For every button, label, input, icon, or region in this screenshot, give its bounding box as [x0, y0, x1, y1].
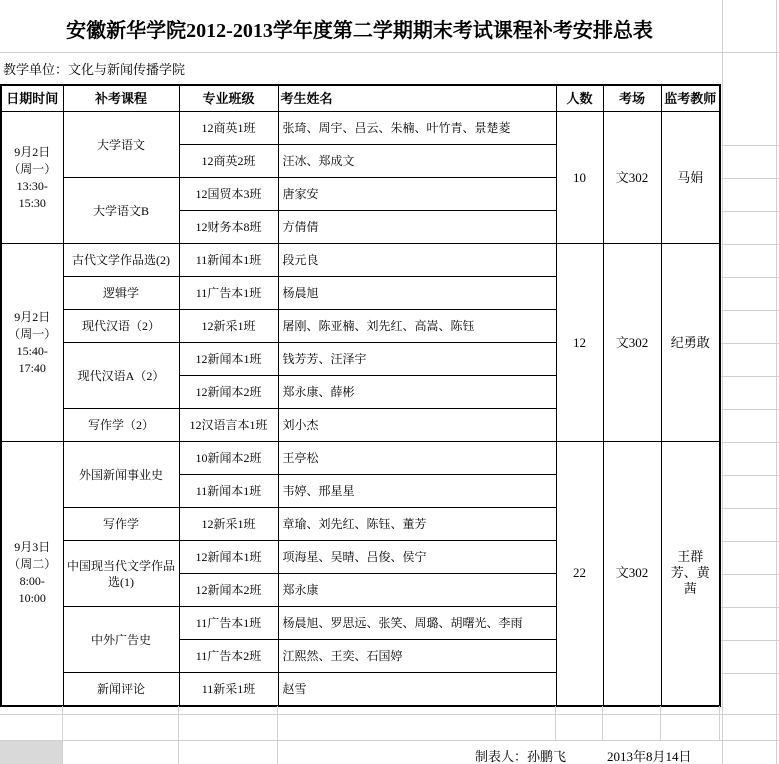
header-makeup-course[interactable]: 补考课程	[63, 85, 179, 112]
gridline-horizontal	[721, 574, 779, 575]
count-cell[interactable]: 10	[556, 112, 603, 244]
table-row: 9月2日 （周一） 13:30- 15:30大学语文12商英1班张琦、周宇、吕云…	[1, 112, 720, 145]
students-cell[interactable]: 郑永康	[278, 574, 556, 607]
class-cell[interactable]: 10新闻本2班	[179, 442, 278, 475]
header-exam-room[interactable]: 考场	[603, 85, 661, 112]
students-cell[interactable]: 张琦、周宇、吕云、朱楠、叶竹青、景楚菱	[278, 112, 556, 145]
class-cell[interactable]: 12新闻本1班	[179, 343, 278, 376]
students-cell[interactable]: 韦婷、邢星星	[278, 475, 556, 508]
header-date-time[interactable]: 日期时间	[1, 85, 63, 112]
students-cell[interactable]: 刘小杰	[278, 409, 556, 442]
prepared-date: 2013年8月14日	[607, 746, 692, 764]
teaching-unit-label: 教学单位：文化与新闻传播学院	[3, 59, 185, 78]
students-cell[interactable]: 方倩倩	[278, 211, 556, 244]
exam-schedule-table: 日期时间 补考课程 专业班级 考生姓名 人数 考场 监考教师 9月2日 （周一）…	[0, 84, 721, 707]
gridline-horizontal	[721, 508, 779, 509]
header-row: 日期时间 补考课程 专业班级 考生姓名 人数 考场 监考教师	[1, 85, 720, 112]
class-cell[interactable]: 12汉语言本1班	[179, 409, 278, 442]
gridline-vertical	[555, 706, 556, 740]
gridline-horizontal	[721, 277, 779, 278]
class-cell[interactable]: 11新采1班	[179, 673, 278, 706]
room-cell[interactable]: 文302	[603, 442, 661, 706]
course-cell[interactable]: 中国现当代文学作品选(1)	[63, 541, 179, 607]
course-cell[interactable]: 外国新闻事业史	[63, 442, 179, 508]
gridline-horizontal	[721, 376, 779, 377]
invigilator-cell[interactable]: 马娟	[661, 112, 720, 244]
class-cell[interactable]: 11新闻本1班	[179, 244, 278, 277]
class-cell[interactable]: 11广告本2班	[179, 640, 278, 673]
course-cell[interactable]: 新闻评论	[63, 673, 179, 706]
students-cell[interactable]: 段元良	[278, 244, 556, 277]
gridline-horizontal	[0, 740, 779, 741]
course-cell[interactable]: 写作学（2）	[63, 409, 179, 442]
gridline-horizontal	[721, 673, 779, 674]
students-cell[interactable]: 屠刚、陈亚楠、刘先红、高嵩、陈钰	[278, 310, 556, 343]
gridline-horizontal	[721, 442, 779, 443]
gridline-vertical	[776, 0, 777, 764]
students-cell[interactable]: 王亭松	[278, 442, 556, 475]
date-cell[interactable]: 9月2日 （周一） 15:40- 17:40	[1, 244, 63, 442]
gridline-horizontal	[721, 343, 779, 344]
class-cell[interactable]: 12新闻本1班	[179, 541, 278, 574]
students-cell[interactable]: 项海星、吴晴、吕俊、侯宁	[278, 541, 556, 574]
gridline-vertical	[722, 0, 723, 764]
class-cell[interactable]: 12商英1班	[179, 112, 278, 145]
preparer-label: 制表人：孙鹏飞	[475, 746, 566, 764]
gridline-vertical	[62, 706, 63, 740]
course-cell[interactable]: 大学语文	[63, 112, 179, 178]
invigilator-cell[interactable]: 王群芳、黄茜	[661, 442, 720, 706]
class-cell[interactable]: 12财务本8班	[179, 211, 278, 244]
room-cell[interactable]: 文302	[603, 112, 661, 244]
students-cell[interactable]: 汪冰、郑成文	[278, 145, 556, 178]
gridline-vertical	[277, 740, 278, 764]
gridline-horizontal	[721, 310, 779, 311]
students-cell[interactable]: 唐家安	[278, 178, 556, 211]
gridline-vertical	[719, 706, 720, 740]
class-cell[interactable]: 12新采1班	[179, 508, 278, 541]
class-cell[interactable]: 12新闻本2班	[179, 376, 278, 409]
gridline-horizontal	[721, 145, 779, 146]
course-cell[interactable]: 中外广告史	[63, 607, 179, 673]
students-cell[interactable]: 钱芳芳、汪泽宇	[278, 343, 556, 376]
course-cell[interactable]: 写作学	[63, 508, 179, 541]
class-cell[interactable]: 11广告本1班	[179, 607, 278, 640]
gridline-horizontal	[721, 178, 779, 179]
page-title: 安徽新华学院2012-2013学年度第二学期期末考试课程补考安排总表	[0, 14, 719, 43]
gridline-vertical	[178, 706, 179, 740]
students-cell[interactable]: 郑永康、薛彬	[278, 376, 556, 409]
class-cell[interactable]: 12国贸本3班	[179, 178, 278, 211]
header-count[interactable]: 人数	[556, 85, 603, 112]
gridline-horizontal	[721, 244, 779, 245]
students-cell[interactable]: 赵雪	[278, 673, 556, 706]
gridline-vertical	[660, 706, 661, 740]
course-cell[interactable]: 大学语文B	[63, 178, 179, 244]
course-cell[interactable]: 现代汉语A（2）	[63, 343, 179, 409]
gridline-vertical	[602, 706, 603, 740]
gray-corner-cell	[0, 740, 62, 764]
gridline-horizontal	[721, 607, 779, 608]
header-student-names[interactable]: 考生姓名	[278, 85, 556, 112]
gridline-horizontal	[721, 640, 779, 641]
gridline-horizontal	[721, 541, 779, 542]
room-cell[interactable]: 文302	[603, 244, 661, 442]
class-cell[interactable]: 12新采1班	[179, 310, 278, 343]
header-major-class[interactable]: 专业班级	[179, 85, 278, 112]
header-invigilator[interactable]: 监考教师	[661, 85, 720, 112]
gridline-horizontal	[721, 409, 779, 410]
invigilator-cell[interactable]: 纪勇敢	[661, 244, 720, 442]
table-body: 9月2日 （周一） 13:30- 15:30大学语文12商英1班张琦、周宇、吕云…	[1, 112, 720, 706]
table-row: 9月3日 （周二） 8:00- 10:00外国新闻事业史10新闻本2班王亭松22…	[1, 442, 720, 475]
class-cell[interactable]: 12新闻本2班	[179, 574, 278, 607]
gridline-vertical	[178, 740, 179, 764]
date-cell[interactable]: 9月3日 （周二） 8:00- 10:00	[1, 442, 63, 706]
course-cell[interactable]: 逻辑学	[63, 277, 179, 310]
gridline-horizontal	[0, 714, 779, 715]
gridline-horizontal	[0, 52, 779, 53]
count-cell[interactable]: 22	[556, 442, 603, 706]
gridline-vertical	[62, 740, 63, 764]
class-cell[interactable]: 11广告本1班	[179, 277, 278, 310]
students-cell[interactable]: 杨晨旭、罗思远、张笑、周璐、胡曙光、李雨	[278, 607, 556, 640]
students-cell[interactable]: 章瑜、刘先红、陈钰、董芳	[278, 508, 556, 541]
gridline-horizontal	[721, 475, 779, 476]
course-cell[interactable]: 现代汉语（2）	[63, 310, 179, 343]
course-cell[interactable]: 古代文学作品选(2)	[63, 244, 179, 277]
gridline-horizontal	[721, 211, 779, 212]
gridline-vertical	[277, 706, 278, 740]
date-cell[interactable]: 9月2日 （周一） 13:30- 15:30	[1, 112, 63, 244]
students-cell[interactable]: 杨晨旭	[278, 277, 556, 310]
count-cell[interactable]: 12	[556, 244, 603, 442]
class-cell[interactable]: 11新闻本1班	[179, 475, 278, 508]
spreadsheet-page: 安徽新华学院2012-2013学年度第二学期期末考试课程补考安排总表 教学单位：…	[0, 0, 779, 764]
students-cell[interactable]: 江熙然、王奕、石国婷	[278, 640, 556, 673]
class-cell[interactable]: 12商英2班	[179, 145, 278, 178]
table-row: 9月2日 （周一） 15:40- 17:40古代文学作品选(2)11新闻本1班段…	[1, 244, 720, 277]
